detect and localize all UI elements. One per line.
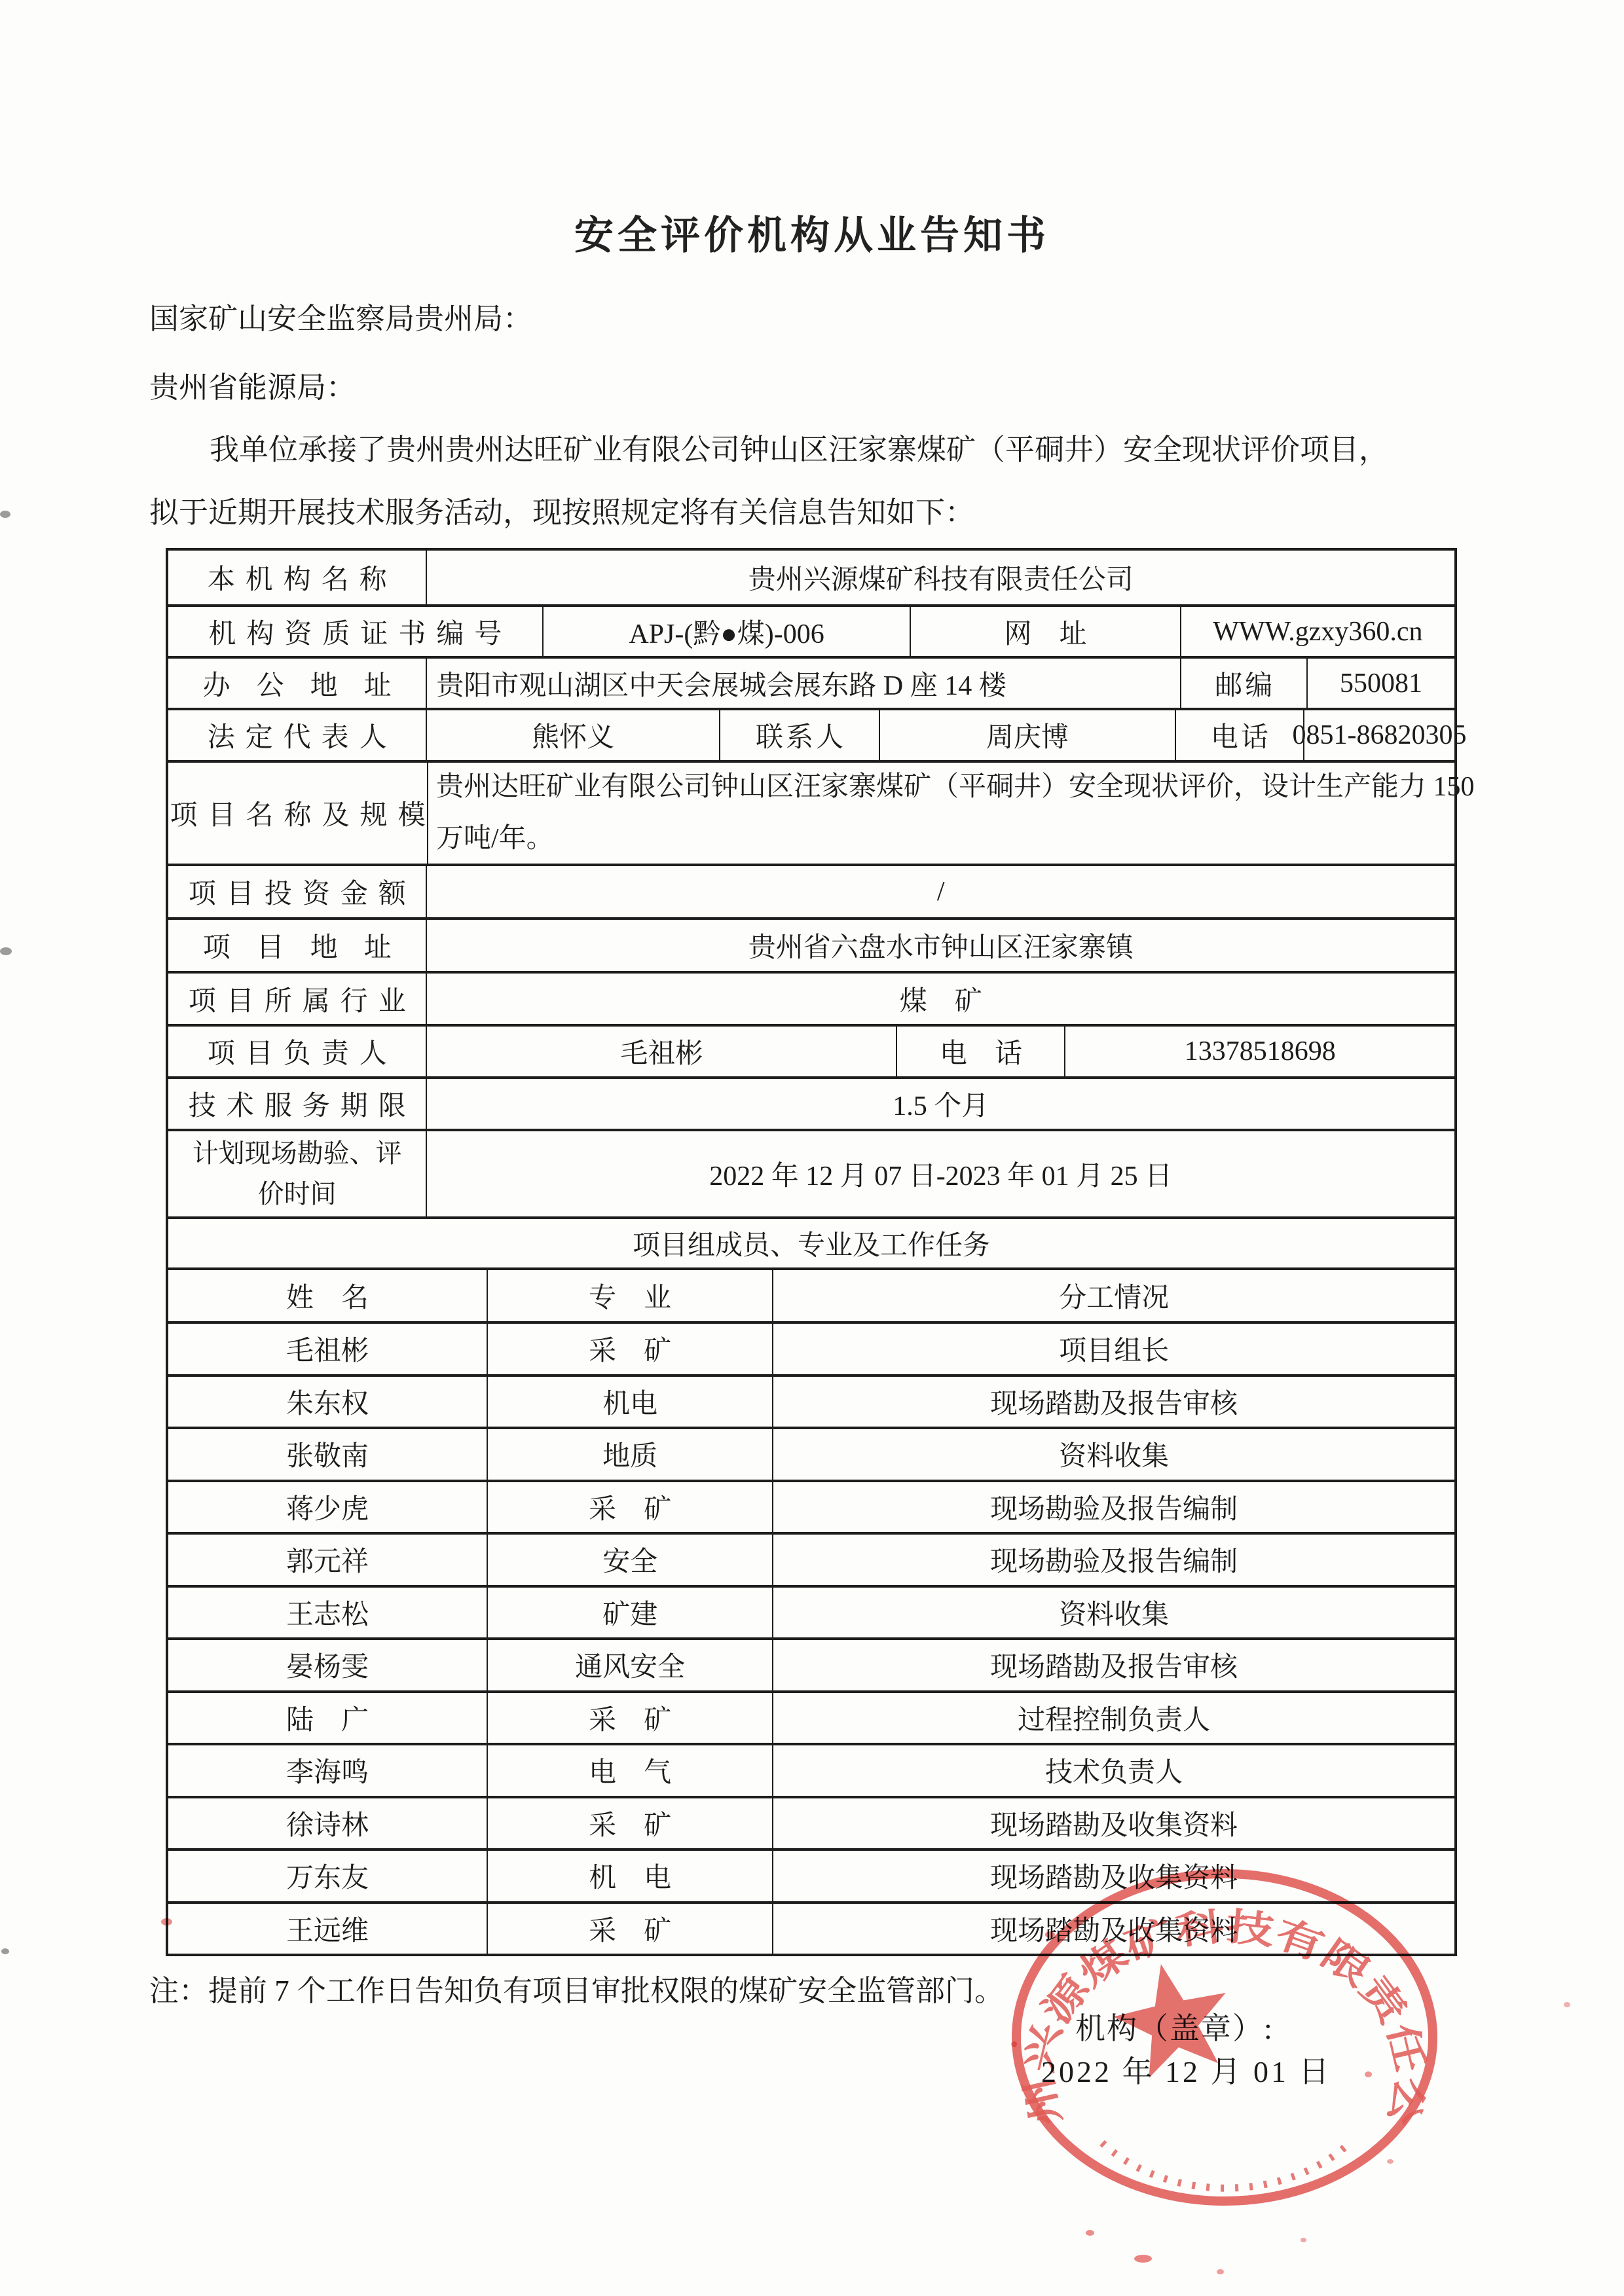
- member-name: 张敬南: [168, 1429, 487, 1480]
- team-member-row: 李海鸣 电 气 技术负责人: [168, 1743, 1454, 1796]
- member-name: 毛祖彬: [168, 1324, 487, 1374]
- member-duty: 项目组长: [772, 1324, 1454, 1374]
- ink-speckle: [1217, 2269, 1224, 2274]
- legal-rep-value: 熊怀义: [426, 710, 719, 760]
- team-member-row: 郭元祥 安全 现场勘验及报告编制: [168, 1532, 1454, 1585]
- industry-value: 煤 矿: [426, 974, 1454, 1024]
- ink-speckle: [1086, 2230, 1094, 2236]
- member-major: 机电: [487, 1377, 772, 1427]
- table-row-site: 项目地址 贵州省六盘水市钟山区汪家寨镇: [168, 917, 1454, 971]
- footnote: 注：提前 7 个工作日告知负有项目审批权限的煤矿安全监管部门。: [149, 1967, 1004, 2009]
- member-name: 王远维: [168, 1904, 487, 1954]
- cert-value: APJ-(黔●煤)-006: [542, 607, 910, 656]
- member-name: 徐诗林: [168, 1798, 487, 1849]
- member-major: 采 矿: [487, 1324, 772, 1374]
- cert-label: 机构资质证书编号: [168, 607, 542, 656]
- ink-speckle: [1387, 2159, 1393, 2164]
- member-major: 采 矿: [487, 1693, 772, 1743]
- contact-label: 联系人: [719, 710, 879, 760]
- team-member-row: 毛祖彬 采 矿 项目组长: [168, 1321, 1454, 1374]
- team-member-row: 王志松 矿建 资料收集: [168, 1585, 1454, 1638]
- site-value: 贵州省六盘水市钟山区汪家寨镇: [426, 920, 1454, 971]
- member-name: 万东友: [168, 1851, 487, 1901]
- team-col-name-header: 姓 名: [168, 1270, 487, 1321]
- member-name: 晏杨雯: [168, 1640, 487, 1690]
- table-row-duration: 技术服务期限 1.5 个月: [168, 1076, 1454, 1129]
- member-major: 通风安全: [487, 1640, 772, 1690]
- industry-label: 项目所属行业: [168, 974, 426, 1024]
- member-duty: 技术负责人: [772, 1745, 1454, 1796]
- duration-value: 1.5 个月: [426, 1079, 1454, 1129]
- member-duty: 现场勘验及报告编制: [772, 1535, 1454, 1585]
- phone-label: 电话: [1175, 710, 1303, 760]
- manager-phone-value: 13378518698: [1064, 1027, 1454, 1076]
- office-label: 办公地址: [168, 659, 426, 708]
- manager-phone-label: 电 话: [896, 1027, 1064, 1076]
- team-col-major-header: 专 业: [487, 1270, 772, 1321]
- team-member-row: 陆 广 采 矿 过程控制负责人: [168, 1690, 1454, 1743]
- investment-value: /: [426, 866, 1454, 917]
- member-duty: 过程控制负责人: [772, 1693, 1454, 1743]
- member-duty: 现场踏勘及收集资料: [772, 1904, 1454, 1954]
- manager-label: 项目负责人: [168, 1027, 426, 1076]
- team-member-row: 万东友 机 电 现场踏勘及收集资料: [168, 1848, 1454, 1901]
- member-duty: 现场踏勘及报告审核: [772, 1377, 1454, 1427]
- ink-speckle: [161, 1918, 172, 1925]
- member-major: 机 电: [487, 1851, 772, 1901]
- schedule-label: 计划现场勘验、评 价时间: [168, 1131, 426, 1216]
- document-page: 安全评价机构从业告知书 国家矿山安全监察局贵州局： 贵州省能源局： 我单位承接了…: [0, 0, 1624, 2296]
- member-duty: 资料收集: [772, 1588, 1454, 1638]
- member-major: 地质: [487, 1429, 772, 1480]
- table-row-cert: 机构资质证书编号 APJ-(黔●煤)-006 网 址 WWW.gzxy360.c…: [168, 604, 1454, 656]
- schedule-label-line-1: 计划现场勘验、评: [193, 1133, 402, 1174]
- legal-rep-label: 法定代表人: [168, 710, 426, 760]
- scan-artifact: [0, 947, 12, 955]
- seal-caption: 机构（盖章）:: [1075, 2005, 1274, 2048]
- recipient-line-1: 国家矿山安全监察局贵州局：: [149, 295, 532, 337]
- ink-speckle: [1301, 2238, 1306, 2242]
- member-name: 郭元祥: [168, 1535, 487, 1585]
- website-label: 网 址: [910, 607, 1179, 656]
- table-row-legal-rep: 法定代表人 熊怀义 联系人 周庆博 电话 0851-86820305: [168, 708, 1454, 760]
- member-duty: 现场踏勘及收集资料: [772, 1851, 1454, 1901]
- office-address-value: 贵阳市观山湖区中天会展城会展东路 D 座 14 楼: [426, 659, 1179, 708]
- team-member-row: 王远维 采 矿 现场踏勘及收集资料: [168, 1901, 1454, 1954]
- table-row-industry: 项目所属行业 煤 矿: [168, 971, 1454, 1024]
- table-row-team-header: 姓 名 专 业 分工情况: [168, 1267, 1454, 1321]
- contact-value: 周庆博: [879, 710, 1175, 760]
- project-value-line-1: 贵州达旺矿业有限公司钟山区汪家寨煤矿（平硐井）安全现状评价，设计生产能力 150: [436, 761, 1475, 813]
- team-col-duty-header: 分工情况: [772, 1270, 1454, 1321]
- schedule-label-line-2: 价时间: [258, 1174, 337, 1214]
- ink-speckle: [1365, 2071, 1372, 2077]
- website-value: WWW.gzxy360.cn: [1180, 607, 1454, 656]
- table-row-schedule: 计划现场勘验、评 价时间 2022 年 12 月 07 日-2023 年 01 …: [168, 1129, 1454, 1216]
- info-table: 本机构名称 贵州兴源煤矿科技有限责任公司 机构资质证书编号 APJ-(黔●煤)-…: [166, 548, 1457, 1956]
- member-major: 采 矿: [487, 1798, 772, 1849]
- member-duty: 现场踏勘及收集资料: [772, 1798, 1454, 1849]
- member-major: 安全: [487, 1535, 772, 1585]
- org-name-value: 贵州兴源煤矿科技有限责任公司: [426, 551, 1454, 604]
- member-major: 矿建: [487, 1588, 772, 1638]
- member-duty: 资料收集: [772, 1429, 1454, 1480]
- team-member-row: 朱东权 机电 现场踏勘及报告审核: [168, 1374, 1454, 1427]
- org-name-label: 本机构名称: [168, 551, 426, 604]
- member-name: 蒋少虎: [168, 1482, 487, 1533]
- table-row-office: 办公地址 贵阳市观山湖区中天会展城会展东路 D 座 14 楼 邮编 550081: [168, 656, 1454, 708]
- scan-artifact: [0, 511, 10, 518]
- seal-serial-ticks: [1102, 2143, 1348, 2188]
- project-value-line-2: 万吨/年。: [436, 813, 554, 865]
- scan-artifact: [1, 1948, 9, 1954]
- page-title: 安全评价机构从业告知书: [0, 204, 1624, 261]
- signature-date: 2022 年 12 月 01 日: [1041, 2048, 1332, 2091]
- site-label: 项目地址: [168, 920, 426, 971]
- member-name: 朱东权: [168, 1377, 487, 1427]
- phone-value: 0851-86820305: [1303, 710, 1454, 760]
- team-member-row: 蒋少虎 采 矿 现场勘验及报告编制: [168, 1480, 1454, 1533]
- table-row-manager: 项目负责人 毛祖彬 电 话 13378518698: [168, 1024, 1454, 1076]
- manager-value: 毛祖彬: [426, 1027, 896, 1076]
- ink-speckle: [1011, 2041, 1017, 2047]
- member-major: 电 气: [487, 1745, 772, 1796]
- table-row-org-name: 本机构名称 贵州兴源煤矿科技有限责任公司: [168, 551, 1454, 604]
- zip-value: 550081: [1306, 659, 1454, 708]
- member-name: 李海鸣: [168, 1745, 487, 1796]
- team-member-row: 徐诗林 采 矿 现场踏勘及收集资料: [168, 1796, 1454, 1849]
- ink-speckle: [1564, 2002, 1570, 2007]
- recipient-line-2: 贵州省能源局：: [149, 363, 356, 406]
- schedule-value: 2022 年 12 月 07 日-2023 年 01 月 25 日: [426, 1131, 1454, 1216]
- member-name: 王志松: [168, 1588, 487, 1638]
- team-section-title: 项目组成员、专业及工作任务: [168, 1219, 1454, 1267]
- member-major: 采 矿: [487, 1904, 772, 1954]
- project-value: 贵州达旺矿业有限公司钟山区汪家寨煤矿（平硐井）安全现状评价，设计生产能力 150…: [427, 763, 1460, 864]
- duration-label: 技术服务期限: [168, 1079, 426, 1129]
- body-paragraph-line-2: 拟于近期开展技术服务活动，现按照规定将有关信息告知如下：: [149, 488, 974, 531]
- project-label: 项目名称及规模: [168, 763, 427, 864]
- team-member-row: 晏杨雯 通风安全 现场踏勘及报告审核: [168, 1637, 1454, 1690]
- member-major: 采 矿: [487, 1482, 772, 1533]
- member-duty: 现场踏勘及报告审核: [772, 1640, 1454, 1690]
- body-paragraph-line-1: 我单位承接了贵州贵州达旺矿业有限公司钟山区汪家寨煤矿（平硐井）安全现状评价项目，: [210, 426, 1388, 468]
- zip-label: 邮编: [1180, 659, 1306, 708]
- team-member-row: 张敬南 地质 资料收集: [168, 1427, 1454, 1480]
- table-row-project-name: 项目名称及规模 贵州达旺矿业有限公司钟山区汪家寨煤矿（平硐井）安全现状评价，设计…: [168, 760, 1454, 864]
- investment-label: 项目投资金额: [168, 866, 426, 917]
- member-duty: 现场勘验及报告编制: [772, 1482, 1454, 1533]
- member-name: 陆 广: [168, 1693, 487, 1743]
- table-row-team-title: 项目组成员、专业及工作任务: [168, 1216, 1454, 1267]
- ink-speckle: [1134, 2255, 1152, 2263]
- ink-speckle: [1045, 1931, 1055, 1938]
- table-row-investment: 项目投资金额 /: [168, 864, 1454, 917]
